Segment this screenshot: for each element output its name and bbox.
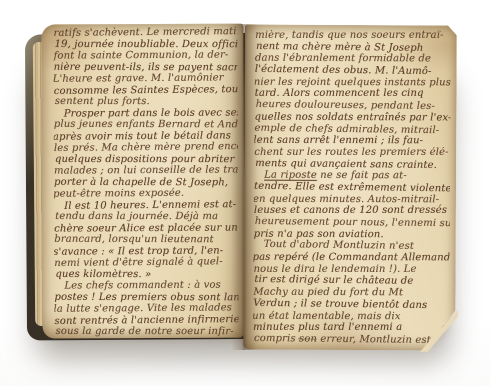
handwriting-line: brancard, lorsqu'un lieutenant (54, 234, 238, 246)
handwriting-line: ratifs s'achèvent. Le mercredi matin (53, 27, 237, 40)
handwriting-line: chent sur les routes les premiers élé- (254, 147, 450, 159)
handwriting-line: en quelques minutes. Autos-mitrail- (253, 193, 449, 205)
handwriting-line: la lutte s'engage. Vite les malades (53, 302, 237, 315)
handwriting-line: malades ; on lui conseille de les trans- (54, 164, 238, 177)
handwriting-line: postes ! Les premiers obus sont lancés, (54, 291, 238, 303)
handwriting-line: les prés. Ma chère mère prend encore (54, 141, 238, 154)
handwriting-line: Verdun ; il se trouve bientôt dans (253, 298, 449, 312)
right-page-text: mière, tandis que nos soeurs entraî-nent… (253, 29, 451, 350)
handwriting-line: quelles nos soldats entraînés par l'ex- (254, 111, 450, 124)
handwriting-line: compris s̶o̶n̶ erreur, Montluzin est (254, 333, 450, 347)
handwriting-line: lent sans arrêt l'ennemi ; ils fau- (253, 135, 449, 147)
handwriting-line: 19, journée inoubliable. Deux officiers (55, 38, 239, 50)
handwriting-line: Les chefs commandent : à vos (54, 279, 238, 292)
handwriting-line: chère soeur Alice est placée sur un (54, 222, 238, 235)
handwriting-line: porter à la chapelle de St Joseph, (54, 176, 238, 188)
handwriting-line: L'heure est grave. M. l'aumônier (53, 72, 236, 85)
handwriting-line: sentent plus forts. (55, 96, 239, 108)
handwriting-line: Prosper part dans le bois avec ses (54, 107, 238, 120)
handwriting-line: nemi vient d'être signalé à quel- (54, 256, 238, 269)
handwriting-line: consomme les Saintes Espèces, tous se (54, 84, 238, 97)
handwriting-line: sont rentrés à l'ancienne infirmerie (54, 314, 238, 327)
handwriting-line: quelques dispositions pour abriter nos (55, 153, 239, 165)
handwriting-line: nière peuvent-ils, ils se payent sacrifi… (54, 61, 238, 73)
left-page-text: ratifs s'achèvent. Le mercredi matin19, … (53, 27, 238, 340)
photo-scene: ratifs s'achèvent. Le mercredi matin19, … (0, 0, 490, 386)
handwriting-line: tendre. Elle est extrêmement violente (254, 181, 450, 195)
handwriting-line: font la sainte Communion, la der- (54, 49, 238, 62)
handwriting-line: nier les rejoint quelques instants plus (254, 76, 450, 88)
handwriting-line: mière, tandis que nos soeurs entraî- (255, 30, 451, 42)
handwriting-line: minutes plus tard l'ennemi a (253, 322, 449, 334)
handwriting-line: pas repéré (le Commandant Allemand (253, 252, 449, 264)
notebook: ratifs s'achèvent. Le mercredi matin19, … (0, 0, 490, 386)
handwriting-line: peut-être moins exposée. (53, 187, 237, 200)
handwriting-line: sous la garde de notre soeur infir- (56, 326, 239, 338)
handwriting-line: tendu dans la journée. Déjà ma (55, 211, 238, 223)
handwriting-line: un état lamentable, mais dix (253, 310, 448, 322)
handwriting-line: plus jeunes enfants Bernard et André, (54, 119, 238, 131)
handwriting-line: ques kilomètres. » (55, 268, 238, 280)
handwriting-line: Il est 10 heures. L'ennemi est at- (54, 199, 238, 212)
underlined-phrase: La riposte (264, 170, 317, 181)
